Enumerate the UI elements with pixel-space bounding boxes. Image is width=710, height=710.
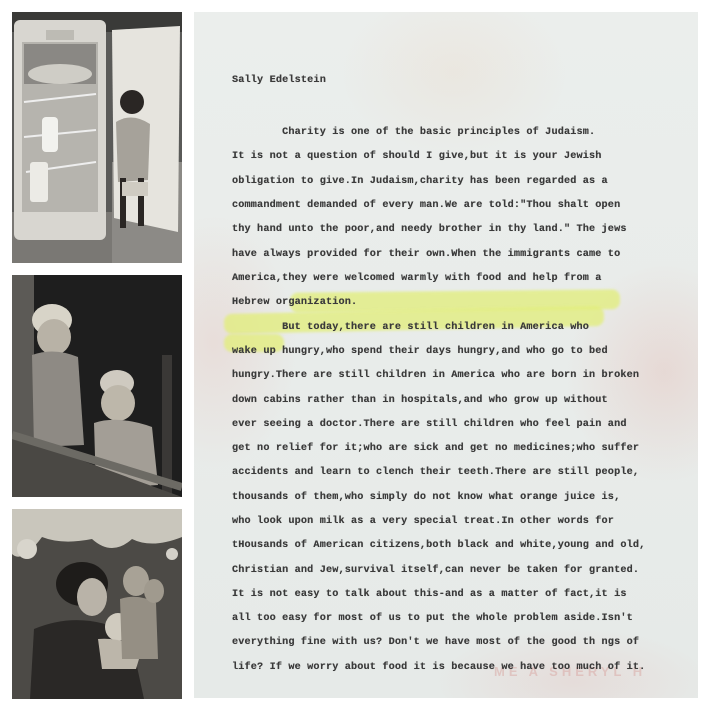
text-line: It is not a question of should I give,bu… (232, 151, 602, 162)
text-line: hungry.There are still children in Ameri… (232, 370, 639, 381)
text-line: It is not easy to talk about this-and as… (232, 589, 627, 600)
photo-child-empty-refrigerator (12, 12, 182, 263)
text-line: Charity is one of the basic principles o… (232, 127, 595, 138)
photo-mother-with-children (12, 509, 182, 699)
text-line: thy hand unto the poor,and needy brother… (232, 224, 627, 235)
document-text: Sally Edelstein Charity is one of the ba… (194, 12, 698, 698)
text-line: get no relief for it;who are sick and ge… (232, 443, 639, 454)
text-line: Hebrew organization. (232, 297, 357, 308)
text-line: everything fine with us? Don't we have m… (232, 637, 639, 648)
text-line: commandment demanded of every man.We are… (232, 200, 620, 211)
typewritten-document: ME A SHERYL H Sally Edelstein Charity is… (194, 12, 698, 698)
text-line: who look upon milk as a very special tre… (232, 516, 614, 527)
text-line: ever seeing a doctor.There are still chi… (232, 419, 627, 430)
text-line: accidents and learn to clench their teet… (232, 467, 639, 478)
text-line-highlighted: wake up hungry,who spend their days hung… (232, 346, 608, 357)
text-line: all too easy for most of us to put the w… (232, 613, 633, 624)
text-line: obligation to give.In Judaism,charity ha… (232, 176, 608, 187)
text-line-highlighted: But today,there are still children in Am… (232, 322, 589, 333)
text-line: America,they were welcomed warmly with f… (232, 273, 602, 284)
text-line: tHousands of American citizens,both blac… (232, 540, 645, 551)
text-line: Christian and Jew,survival itself,can ne… (232, 565, 639, 576)
text-line: life? If we worry about food it is becau… (232, 662, 645, 673)
text-line: down cabins rather than in hospitals,and… (232, 395, 608, 406)
photo-two-children-doorway (12, 275, 182, 497)
text-line: have always provided for their own.When … (232, 249, 620, 260)
author-name: Sally Edelstein (232, 75, 326, 86)
text-line: thousands of them,who simply do not know… (232, 492, 620, 503)
